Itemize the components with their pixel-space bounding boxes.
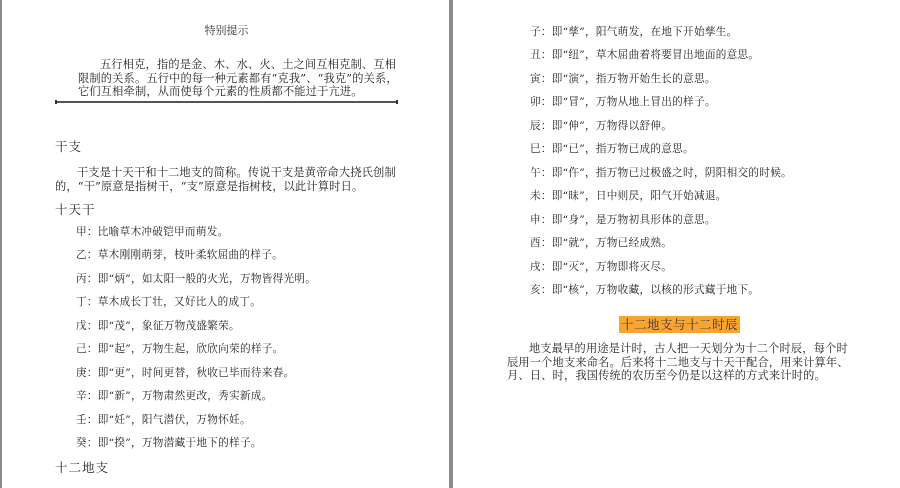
note-body: 五行相克，指的是金、木、水、火、土之间互相克制、互相限制的关系。五行中的每一种元… bbox=[78, 58, 400, 99]
list-item-yin: 寅：即“演”，指万物开始生长的意思。 bbox=[530, 71, 716, 86]
list-item-zi: 子：即“孳”，阳气萌发，在地下开始孳生。 bbox=[530, 24, 738, 39]
list-item-shen: 申：即“身”，是万物初具形体的意思。 bbox=[530, 212, 716, 227]
list-item-yi: 乙：草木刚刚萌芽，枝叶柔软屈曲的样子。 bbox=[76, 247, 283, 262]
list-item-wu-horse: 午：即“仵”，指万物已过极盛之时，阴阳相交的时候。 bbox=[530, 165, 792, 180]
note-title: 特别提示 bbox=[2, 22, 449, 38]
list-item-ren: 壬：即“妊”，阳气潜伏，万物怀妊。 bbox=[76, 412, 251, 427]
list-item-si: 巳：即“已”，指万物已成的意思。 bbox=[530, 141, 694, 156]
list-item-xin: 辛：即“新”，万物肃然更改，秀实新成。 bbox=[76, 388, 273, 403]
left-page: 特别提示 五行相克，指的是金、木、水、火、土之间互相克制、互相限制的关系。五行中… bbox=[0, 0, 449, 488]
heading-shichen-highlighted: 十二地支与十二时辰 bbox=[619, 316, 740, 333]
right-page: 子：即“孳”，阳气萌发，在地下开始孳生。 丑：即“纽”，草木屈曲着将要冒出地面的… bbox=[453, 0, 900, 488]
list-item-gui: 癸：即“揆”，万物潜藏于地下的样子。 bbox=[76, 435, 262, 450]
list-item-you: 酉：即“就”，万物已经成熟。 bbox=[530, 235, 672, 250]
heading-dizhi: 十二地支 bbox=[55, 458, 109, 476]
list-item-ding: 丁：草木成长丁壮，又好比人的成丁。 bbox=[76, 294, 261, 309]
heading-tiangan: 十天干 bbox=[55, 200, 96, 218]
heading-ganzhi: 干支 bbox=[55, 137, 82, 155]
list-item-chen: 辰：即“伸”，万物得以舒伸。 bbox=[530, 118, 672, 133]
paragraph-shichen: 地支最早的用途是计时，古人把一天划分为十二个时辰，每个时辰用一个地支来命名。后来… bbox=[507, 342, 852, 383]
list-item-geng: 庚：即“更”，时间更替，秋收已毕而待来春。 bbox=[76, 365, 294, 380]
list-item-wei: 未：即“昧”，日中则昃，阳气开始减退。 bbox=[530, 188, 727, 203]
list-item-ji: 己：即“起”，万物生起，欣欣向荣的样子。 bbox=[76, 341, 284, 356]
list-item-jia: 甲：比喻草木冲破铠甲而萌发。 bbox=[76, 224, 229, 239]
list-item-hai: 亥：即“核”，万物收藏，以核的形式藏于地下。 bbox=[530, 282, 759, 297]
list-item-chou: 丑：即“纽”，草木屈曲着将要冒出地面的意思。 bbox=[530, 47, 759, 62]
paragraph-ganzhi: 干支是十天干和十二地支的简称。传说干支是黄帝命大挠氏创制的，“干”原意是指树干，… bbox=[55, 166, 399, 193]
list-item-xu: 戌：即“灭”，万物即将灭尽。 bbox=[530, 259, 672, 274]
list-item-mao: 卯：即“冒”，万物从地上冒出的样子。 bbox=[530, 94, 716, 109]
list-item-wu: 戊：即“茂”，象征万物茂盛繁荣。 bbox=[76, 318, 240, 333]
list-item-bing: 丙：即“炳”，如太阳一般的火光，万物皆得光明。 bbox=[76, 271, 316, 286]
divider bbox=[55, 101, 398, 103]
